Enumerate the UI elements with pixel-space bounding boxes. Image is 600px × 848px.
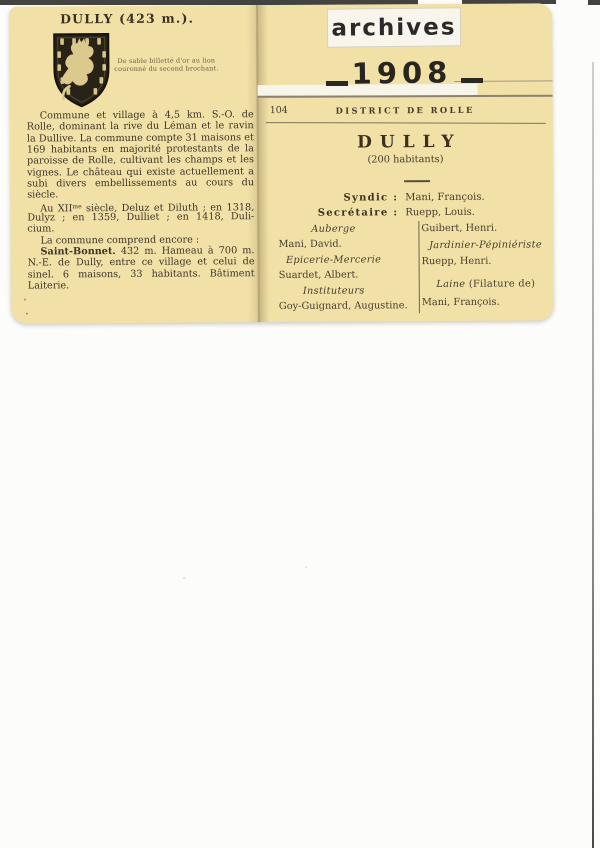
blazon-caption: De sable billetté d'or au lion couronné … bbox=[112, 56, 220, 73]
body-line: sinel. 6 maisons, 33 habitants. Bâtiment… bbox=[28, 268, 255, 281]
official-name: Mani, François. bbox=[398, 192, 485, 207]
body-text: Au XII bbox=[40, 203, 72, 213]
trade-heading: Auberge bbox=[258, 223, 408, 239]
header-rule bbox=[266, 122, 546, 124]
year-stamp: 1908 bbox=[350, 55, 454, 90]
scanner-edge-strip bbox=[588, 0, 600, 5]
year-dash-right bbox=[461, 78, 483, 83]
entry-subtitle: (200 habitants) bbox=[258, 153, 553, 166]
list-item: Suardet, Albert. bbox=[259, 269, 409, 285]
official-row: Syndic : Mani, François. bbox=[280, 191, 540, 207]
trade-heading: Jardinier-Pépiniériste bbox=[417, 239, 553, 255]
body-line: Laiterie. bbox=[28, 279, 255, 292]
trade-heading: Epicerie-Mercerie bbox=[259, 254, 409, 270]
left-page-body: Commune et village à 4,5 km. S.-O. de Ro… bbox=[27, 109, 255, 292]
list-item: Guibert, Henri. bbox=[417, 222, 557, 238]
trade-heading: Laine (Filature de) bbox=[418, 278, 554, 294]
section-divider bbox=[404, 180, 430, 182]
paper-speck bbox=[305, 566, 307, 568]
page-header: 104 DISTRICT DE ROLLE bbox=[258, 103, 553, 117]
body-text: 432 m. Hameau à 700 m. bbox=[116, 245, 255, 257]
directory-column-left: Auberge Mani, David. Epicerie-Mercerie S… bbox=[258, 223, 409, 316]
hamlet-name: Saint-Bonnet. bbox=[41, 246, 116, 257]
directory-column-right: Guibert, Henri. Jardinier-Pépiniériste R… bbox=[417, 222, 553, 223]
body-line: Rolle, dominant la rive du Léman et le r… bbox=[27, 121, 254, 134]
directory-card: DULLY (423 m.). bbox=[9, 3, 554, 323]
body-line: Dulyz ; en 1359, Dulliet ; en 1418, Duli… bbox=[27, 211, 254, 224]
ink-dot bbox=[26, 313, 28, 315]
paper-speck bbox=[183, 577, 186, 579]
trade-heading-suffix: (Filature de) bbox=[465, 278, 535, 289]
list-item: Mani, David. bbox=[258, 239, 408, 255]
right-page: 104 DISTRICT DE ROLLE DULLY (200 habitan… bbox=[257, 3, 554, 322]
archives-label: archives bbox=[327, 7, 461, 47]
list-item: Goy-Guignard, Augustine. bbox=[259, 300, 409, 316]
page-edge-line bbox=[592, 62, 594, 848]
ink-dot bbox=[24, 299, 26, 301]
official-role: Secrétaire : bbox=[280, 207, 398, 222]
archives-label-text: archives bbox=[331, 14, 456, 41]
year-dash-left bbox=[326, 81, 348, 86]
trade-heading-text: Laine bbox=[436, 279, 465, 290]
blazon-line: couronné du second brochant. bbox=[112, 64, 220, 73]
trade-heading: Instituteurs bbox=[259, 285, 409, 301]
body-text: subi divers embellissements au cours du … bbox=[27, 177, 254, 190]
entry-title: DULLY bbox=[258, 131, 553, 153]
list-item: Mani, François. bbox=[418, 296, 558, 312]
official-row: Secrétaire : Ruepp, Louis. bbox=[280, 206, 540, 222]
official-name: Ruepp, Louis. bbox=[398, 206, 475, 221]
list-item: Ruepp, Henri. bbox=[418, 255, 558, 271]
district-header: DISTRICT DE ROLLE bbox=[258, 104, 553, 116]
officials-list: Syndic : Mani, François. Secrétaire : Ru… bbox=[280, 191, 540, 222]
left-page-title: DULLY (423 m.). bbox=[9, 10, 245, 26]
official-role: Syndic : bbox=[280, 192, 398, 207]
body-line: subi divers embellissements au cours du … bbox=[27, 177, 254, 190]
coat-of-arms bbox=[51, 31, 111, 109]
